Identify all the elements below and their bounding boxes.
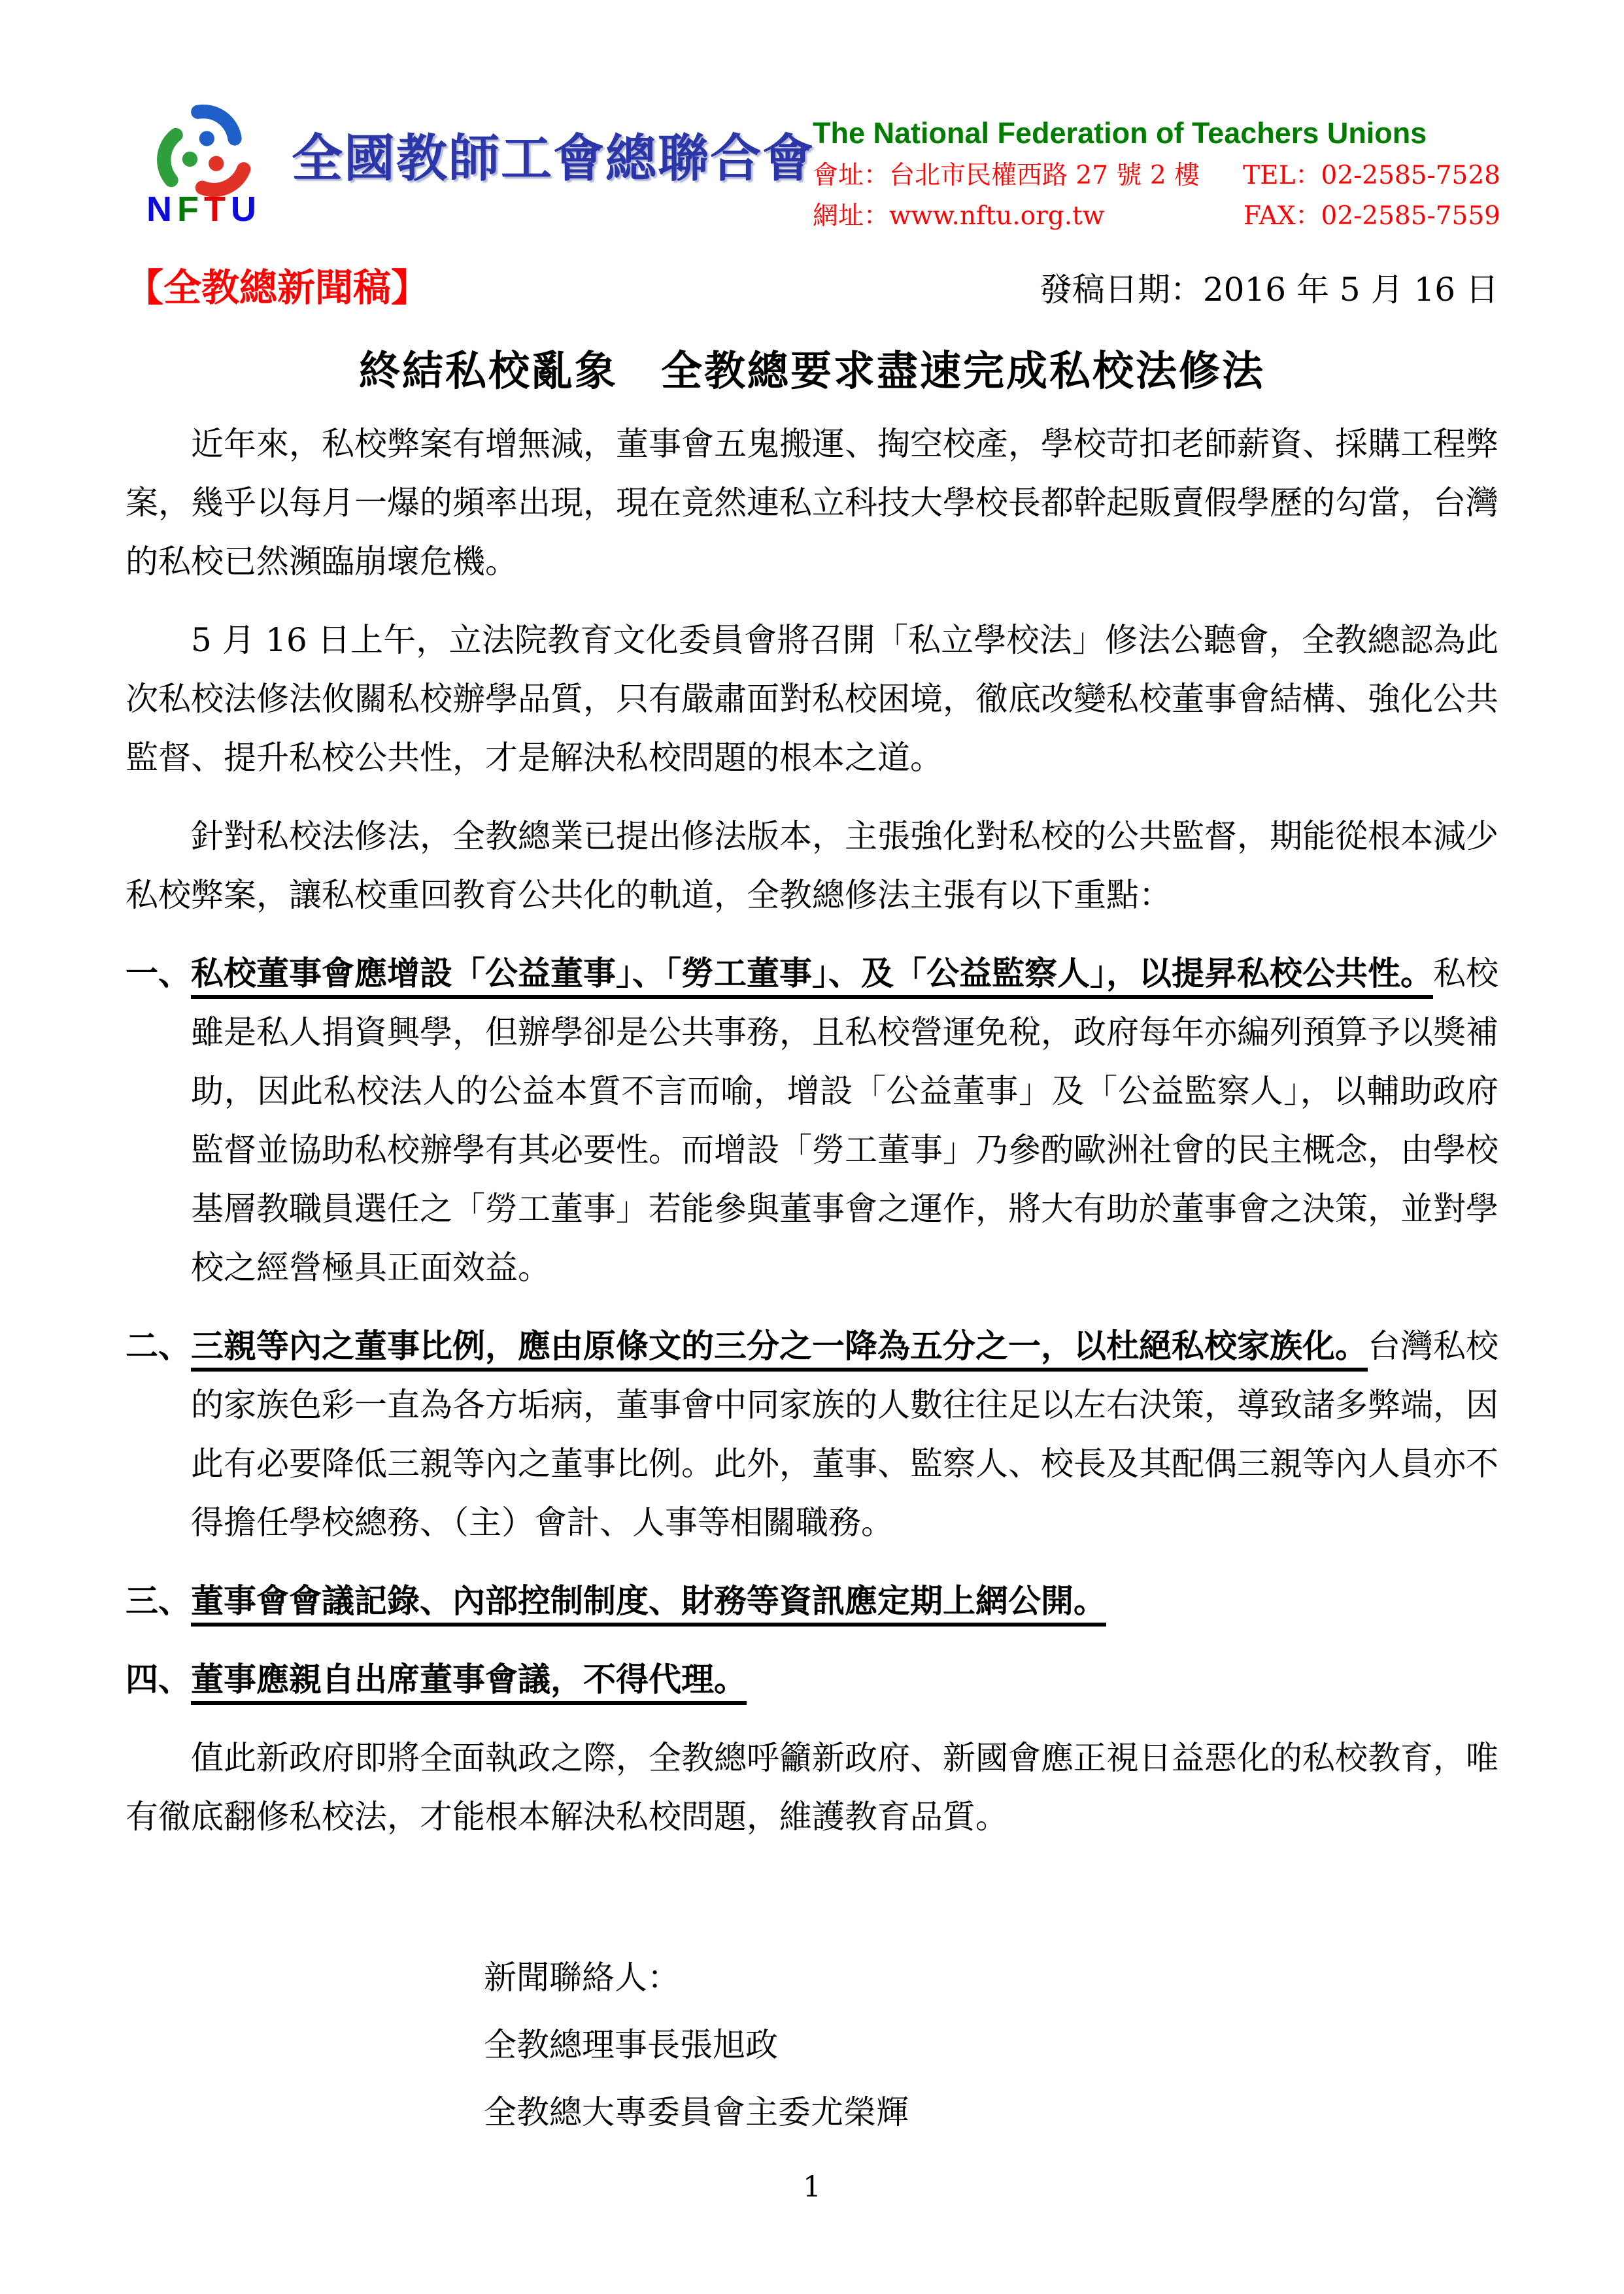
org-website: 網址：www.nftu.org.tw xyxy=(813,196,1104,237)
contact-heading: 新聞聯絡人： xyxy=(484,1944,1498,2012)
list-item-1-text: 私校雖是私人捐資興學，但辦學卻是公共事務，且私校營運免稅，政府每年亦編列預算予以… xyxy=(191,954,1498,1287)
list-item-3-number: 三、 xyxy=(126,1581,191,1620)
press-release-page: NFTU 全國教師工會總聯合會 The National Federation … xyxy=(0,0,1624,2294)
org-address: 會址：台北市民權西路 27 號 2 樓 xyxy=(813,156,1200,196)
letterhead-contact-block: The National Federation of Teachers Unio… xyxy=(813,116,1500,237)
nftu-logo: NFTU xyxy=(145,97,263,227)
letterhead: NFTU 全國教師工會總聯合會 The National Federation … xyxy=(0,0,1624,252)
acronym-letter-n: N xyxy=(146,190,177,229)
acronym-letter-u: U xyxy=(231,190,262,229)
letterhead-row-1: 會址：台北市民權西路 27 號 2 樓 TEL：02-2585-7528 xyxy=(813,156,1500,196)
nftu-acronym: NFTU xyxy=(145,192,263,227)
org-name-en: The National Federation of Teachers Unio… xyxy=(813,116,1500,150)
press-tag-row: 【全教總新聞稿】 發稿日期：2016 年 5 月 16 日 xyxy=(126,257,1498,312)
list-item-1-emphasis: 私校董事會應增設「公益董事」、「勞工董事」、及「公益監察人」，以提昇私校公共性。 xyxy=(191,954,1433,992)
list-item-4-emphasis: 董事應親自出席董事會議，不得代理。 xyxy=(191,1660,747,1698)
paragraph-hearing: 5 月 16 日上午，立法院教育文化委員會將召開「私立學校法」修法公聽會，全教總… xyxy=(126,611,1498,787)
letterhead-row-2: 網址：www.nftu.org.tw FAX：02-2585-7559 xyxy=(813,196,1500,237)
org-tel: TEL：02-2585-7528 xyxy=(1243,156,1500,196)
list-item-2-emphasis: 三親等內之董事比例，應由原條文的三分之一降為五分之一，以杜絕私校家族化。 xyxy=(191,1326,1368,1365)
contact-block: 新聞聯絡人： 全教總理事長張旭政 全教總大專委員會主委尤榮輝 xyxy=(126,1944,1498,2146)
acronym-letter-t: T xyxy=(204,190,231,229)
list-item-1: 一、私校董事會應增設「公益董事」、「勞工董事」、及「公益監察人」，以提昇私校公共… xyxy=(126,944,1498,1297)
acronym-letter-f: F xyxy=(177,190,204,229)
list-item-3: 三、董事會會議記錄、內部控制制度、財務等資訊應定期上網公開。 xyxy=(126,1572,1498,1630)
list-item-2: 二、三親等內之董事比例，應由原條文的三分之一降為五分之一，以杜絕私校家族化。台灣… xyxy=(126,1317,1498,1552)
contact-person-1: 全教總理事長張旭政 xyxy=(484,2012,1498,2079)
contact-person-2: 全教總大專委員會主委尤榮輝 xyxy=(484,2079,1498,2146)
list-item-2-number: 二、 xyxy=(126,1326,191,1365)
list-item-4-number: 四、 xyxy=(126,1660,191,1698)
document-title: 終結私校亂象 全教總要求盡速完成私校法修法 xyxy=(126,338,1498,397)
paragraph-proposal: 針對私校法修法，全教總業已提出修法版本，主張強化對私校的公共監督，期能從根本減少… xyxy=(126,807,1498,924)
nftu-logo-icon xyxy=(150,97,258,198)
closing-paragraph: 值此新政府即將全面執政之際，全教總呼籲新政府、新國會應正視日益惡化的私校教育，唯… xyxy=(126,1729,1498,1846)
list-item-4: 四、董事應親自出席董事會議，不得代理。 xyxy=(126,1650,1498,1709)
page-number: 1 xyxy=(0,2170,1624,2204)
list-item-3-emphasis: 董事會會議記錄、內部控制制度、財務等資訊應定期上網公開。 xyxy=(191,1581,1106,1620)
org-fax: FAX：02-2585-7559 xyxy=(1243,196,1500,237)
document-body: 【全教總新聞稿】 發稿日期：2016 年 5 月 16 日 終結私校亂象 全教總… xyxy=(0,257,1624,2146)
release-date: 發稿日期：2016 年 5 月 16 日 xyxy=(1040,263,1498,311)
press-release-tag: 【全教總新聞稿】 xyxy=(126,257,429,312)
org-name-zh: 全國教師工會總聯合會 xyxy=(292,118,815,191)
paragraph-intro: 近年來，私校弊案有增無減，董事會五鬼搬運、掏空校產，學校苛扣老師薪資、採購工程弊… xyxy=(126,414,1498,591)
list-item-1-number: 一、 xyxy=(126,954,191,992)
